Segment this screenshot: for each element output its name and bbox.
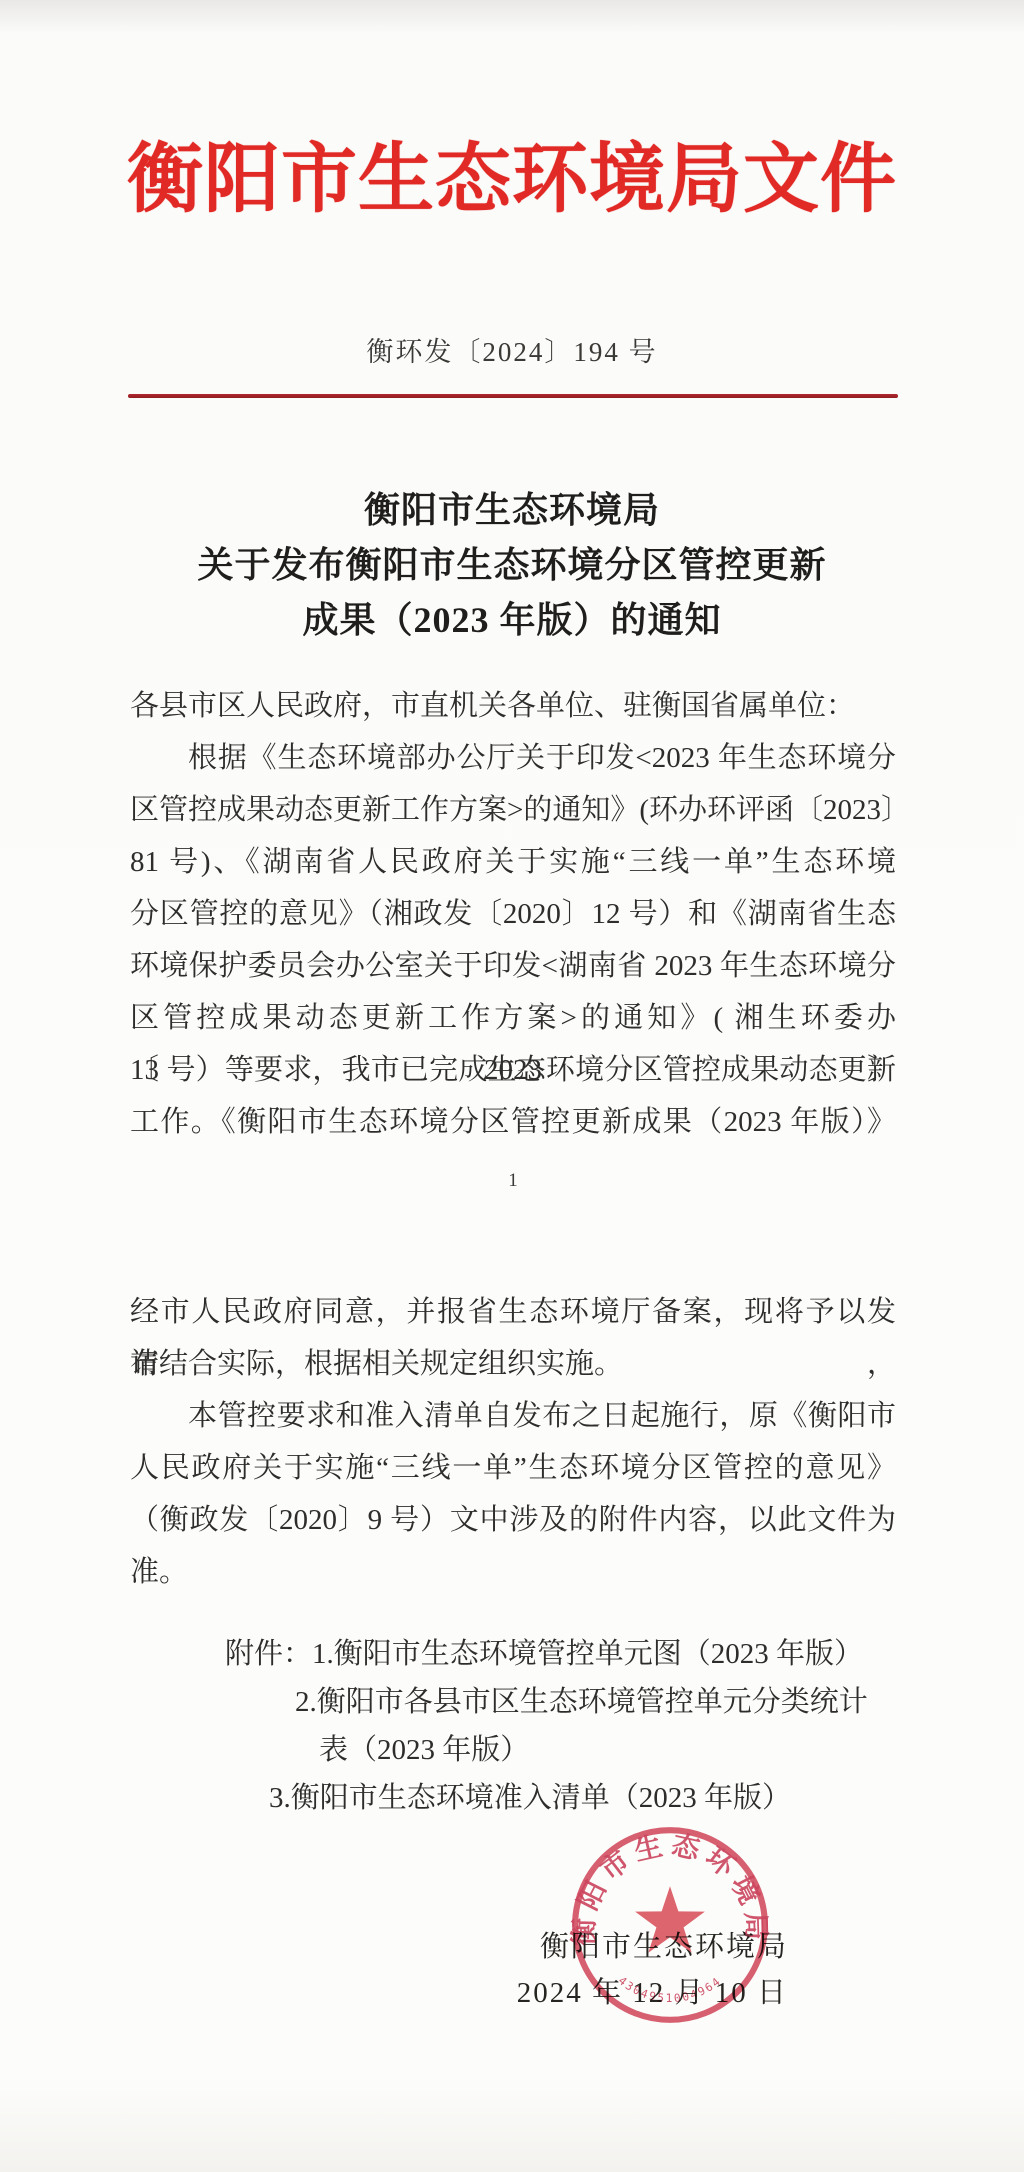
attachment-item-wrap: 表（2023 年版） [319,1726,925,1774]
body-line: 分区管控的意见》（湘政发〔2020〕12 号）和《湖南省生态 [130,888,896,940]
document-number: 衡环发〔2024〕194 号 [0,330,1024,369]
official-seal-stamp: 衡阳市生态环境局 4304951004964 [568,1823,772,2027]
page-number: 1 [130,1170,896,1192]
body-line: 人民政府关于实施“三线一单”生态环境分区管控的意见》 [130,1442,896,1494]
attachment-item: 2.衡阳市各县市区生态环境管控单元分类统计 [295,1678,925,1726]
body-line: 准。 [130,1546,896,1598]
body-line: 本管控要求和准入清单自发布之日起施行，原《衡阳市 [130,1390,896,1442]
seal-star-icon [635,1886,705,1952]
document-title: 衡阳市生态环境局 关于发布衡阳市生态环境分区管控更新 成果（2023 年版）的通… [64,483,960,648]
red-divider-rule [128,394,898,398]
document-page: 衡阳市生态环境局文件 衡环发〔2024〕194 号 衡阳市生态环境局 关于发布衡… [0,0,1024,2172]
body-line: 区管控成果动态更新工作方案>的通知》(环办环评函〔2023〕 [130,784,896,836]
title-line: 衡阳市生态环境局 [64,483,960,538]
salutation-line: 各县市区人民政府，市直机关各单位、驻衡国省属单位： [130,680,896,732]
attachment-list: 附件：1.衡阳市生态环境管控单元图（2023 年版） 2.衡阳市各县市区生态环境… [225,1630,925,1822]
body-line: （衡政发〔2020〕9 号）文中涉及的附件内容，以此文件为 [130,1494,896,1546]
body-line: 81 号)、《湖南省人民政府关于实施“三线一单”生态环境 [130,836,896,888]
body-line: 13 号）等要求，我市已完成生态环境分区管控成果动态更新 [130,1044,896,1096]
svg-text:4304951004964: 4304951004964 [616,1974,724,2005]
red-header-title: 衡阳市生态环境局文件 [0,118,1024,227]
body-page1: 各县市区人民政府，市直机关各单位、驻衡国省属单位： 根据《生态环境部办公厅关于印… [130,680,896,1148]
title-line: 关于发布衡阳市生态环境分区管控更新 [64,538,960,593]
title-line: 成果（2023 年版）的通知 [64,593,960,648]
body-line: 区管控成果动态更新工作方案>的通知》( 湘生环委办〔2023〕 [130,992,896,1044]
attachment-item: 附件：1.衡阳市生态环境管控单元图（2023 年版） [225,1630,925,1678]
body-line: 根据《生态环境部办公厅关于印发<2023 年生态环境分 [130,732,896,784]
body-line: 环境保护委员会办公室关于印发<湖南省 2023 年生态环境分 [130,940,896,992]
body-line: 工作。《衡阳市生态环境分区管控更新成果（2023 年版）》 [130,1096,896,1148]
body-page2: 经市人民政府同意，并报省生态环境厅备案，现将予以发布， 请结合实际，根据相关规定… [130,1286,896,1598]
body-line: 经市人民政府同意，并报省生态环境厅备案，现将予以发布， [130,1286,896,1338]
attachment-item: 3.衡阳市生态环境准入清单（2023 年版） [269,1774,925,1822]
seal-serial-number: 4304951004964 [616,1974,724,2005]
